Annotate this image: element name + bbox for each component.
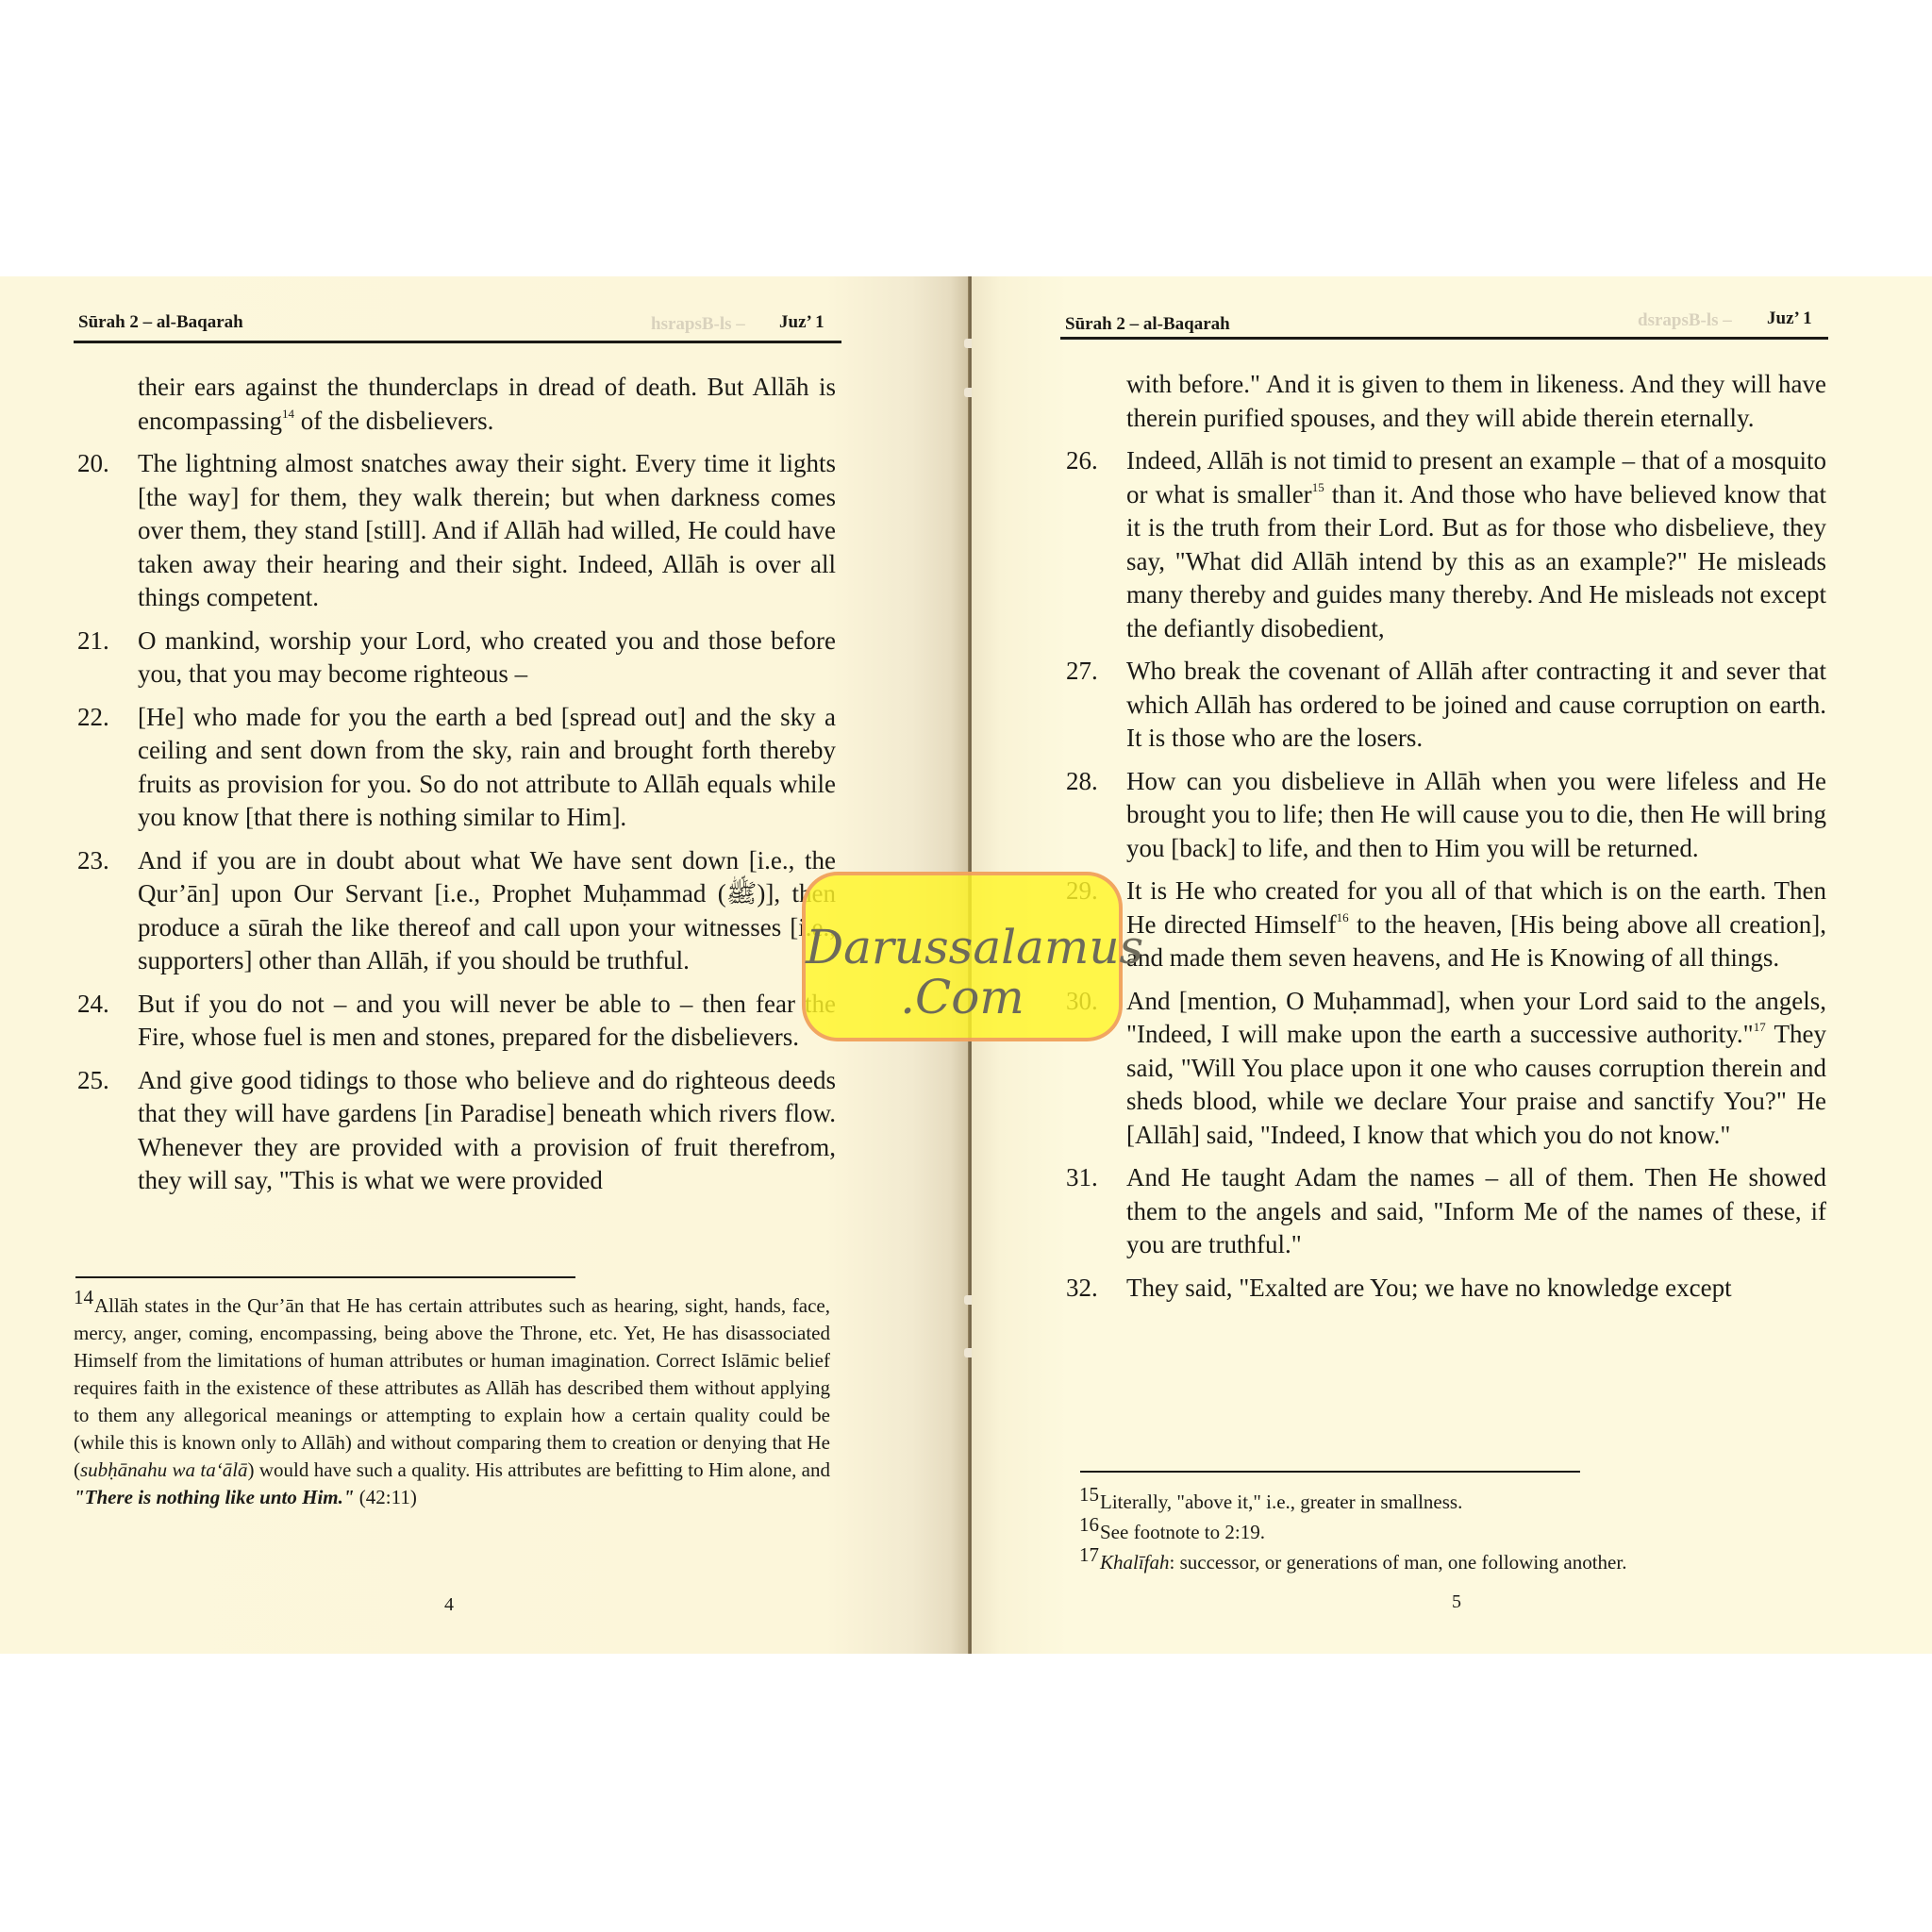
footnote-number: 16	[1079, 1513, 1099, 1536]
footnote-15: 15Literally, "above it," i.e., greater i…	[1079, 1487, 1834, 1517]
right-page-body: with before." And it is given to them in…	[1066, 368, 1826, 1314]
footnote-separator	[1080, 1471, 1580, 1473]
footnote-16: 16See footnote to 2:19.	[1079, 1517, 1834, 1547]
verse: 26.Indeed, Allāh is not timid to present…	[1066, 444, 1826, 645]
bleed-through-text: dsrapsB-ls –	[1638, 310, 1732, 331]
verse: 30.And [mention, O Muḥammad], when your …	[1066, 985, 1826, 1153]
verse-text: And [mention, O Muḥammad], when your Lor…	[1126, 985, 1826, 1153]
verse-number: 31.	[1066, 1161, 1098, 1195]
verse: 22.[He] who made for you the earth a bed…	[77, 701, 836, 835]
footnote-ref-14[interactable]: 14	[282, 407, 294, 421]
verse: 23.And if you are in doubt about what We…	[77, 844, 836, 978]
footnote-ref-15[interactable]: 15	[1312, 480, 1324, 494]
book-spread: hsrapsB-ls – Sūrah 2 – al-Baqarah Juz’ 1…	[0, 276, 1932, 1654]
verse-text: The lightning almost snatches away their…	[138, 447, 836, 615]
verse: 24.But if you do not – and you will neve…	[77, 988, 836, 1055]
verse-text: And He taught Adam the names – all of th…	[1126, 1161, 1826, 1262]
watermark-line2: .Com	[806, 974, 1119, 1021]
verse-text: How can you disbelieve in Allāh when you…	[1126, 765, 1826, 866]
verse-continuation: with before." And it is given to them in…	[1066, 368, 1826, 435]
verse: 21.O mankind, worship your Lord, who cre…	[77, 625, 836, 691]
verse-text: And if you are in doubt about what We ha…	[138, 844, 836, 978]
verse-text: It is He who created for you all of that…	[1126, 874, 1826, 975]
verse: 20.The lightning almost snatches away th…	[77, 447, 836, 615]
verse: 31.And He taught Adam the names – all of…	[1066, 1161, 1826, 1262]
footnote-separator	[75, 1276, 575, 1278]
verse-text: Indeed, Allāh is not timid to present an…	[1126, 444, 1826, 645]
watermark-badge: Darussalamus .Com	[802, 872, 1123, 1041]
verse: 25.And give good tidings to those who be…	[77, 1064, 836, 1198]
footnote-ref-16[interactable]: 16	[1337, 910, 1349, 924]
verse-text: O mankind, worship your Lord, who create…	[138, 625, 836, 691]
page-number: 4	[444, 1594, 454, 1616]
verse: 27.Who break the covenant of Allāh after…	[1066, 655, 1826, 756]
running-header-surah: Sūrah 2 – al-Baqarah	[1065, 314, 1230, 335]
left-page-body: their ears against the thunderclaps in d…	[77, 371, 836, 1207]
running-header-surah: Sūrah 2 – al-Baqarah	[78, 312, 243, 333]
verse-number: 28.	[1066, 765, 1098, 799]
bleed-through-text: hsrapsB-ls –	[651, 314, 745, 335]
footnote-number: 14	[74, 1286, 93, 1308]
footnote-17: 17Khalīfah: successor, or generations of…	[1079, 1547, 1834, 1577]
verse: 32.They said, "Exalted are You; we have …	[1066, 1272, 1826, 1306]
footnote-14: 14Allāh states in the Qur’ān that He has…	[74, 1292, 830, 1511]
verse-number: 22.	[77, 701, 109, 735]
verse-number: 24.	[77, 988, 109, 1022]
verse-text: But if you do not – and you will never b…	[138, 988, 836, 1055]
verse-text: They said, "Exalted are You; we have no …	[1126, 1272, 1826, 1306]
verse-number: 26.	[1066, 444, 1098, 478]
verse: 29.It is He who created for you all of t…	[1066, 874, 1826, 975]
verse-number: 23.	[77, 844, 109, 878]
page-number: 5	[1452, 1591, 1461, 1613]
footnote-number: 15	[1079, 1483, 1099, 1506]
header-rule	[1060, 337, 1828, 340]
running-header-juz: Juz’ 1	[1767, 308, 1812, 329]
watermark-line1: Darussalamus	[806, 921, 1119, 974]
verse-text: [He] who made for you the earth a bed [s…	[138, 701, 836, 835]
verse-text: Who break the covenant of Allāh after co…	[1126, 655, 1826, 756]
footnote-ref-17[interactable]: 17	[1754, 1020, 1766, 1034]
header-rule	[74, 341, 841, 343]
verse-number: 20.	[77, 447, 109, 481]
verse-text: And give good tidings to those who belie…	[138, 1064, 836, 1198]
verse-number: 25.	[77, 1064, 109, 1098]
verse: 28.How can you disbelieve in Allāh when …	[1066, 765, 1826, 866]
running-header-juz: Juz’ 1	[779, 312, 824, 333]
verse-continuation: their ears against the thunderclaps in d…	[77, 371, 836, 438]
footnote-number: 17	[1079, 1543, 1099, 1566]
verse-number: 32.	[1066, 1272, 1098, 1306]
verse-number: 21.	[77, 625, 109, 658]
footnotes: 15Literally, "above it," i.e., greater i…	[1079, 1487, 1834, 1577]
verse-number: 27.	[1066, 655, 1098, 689]
